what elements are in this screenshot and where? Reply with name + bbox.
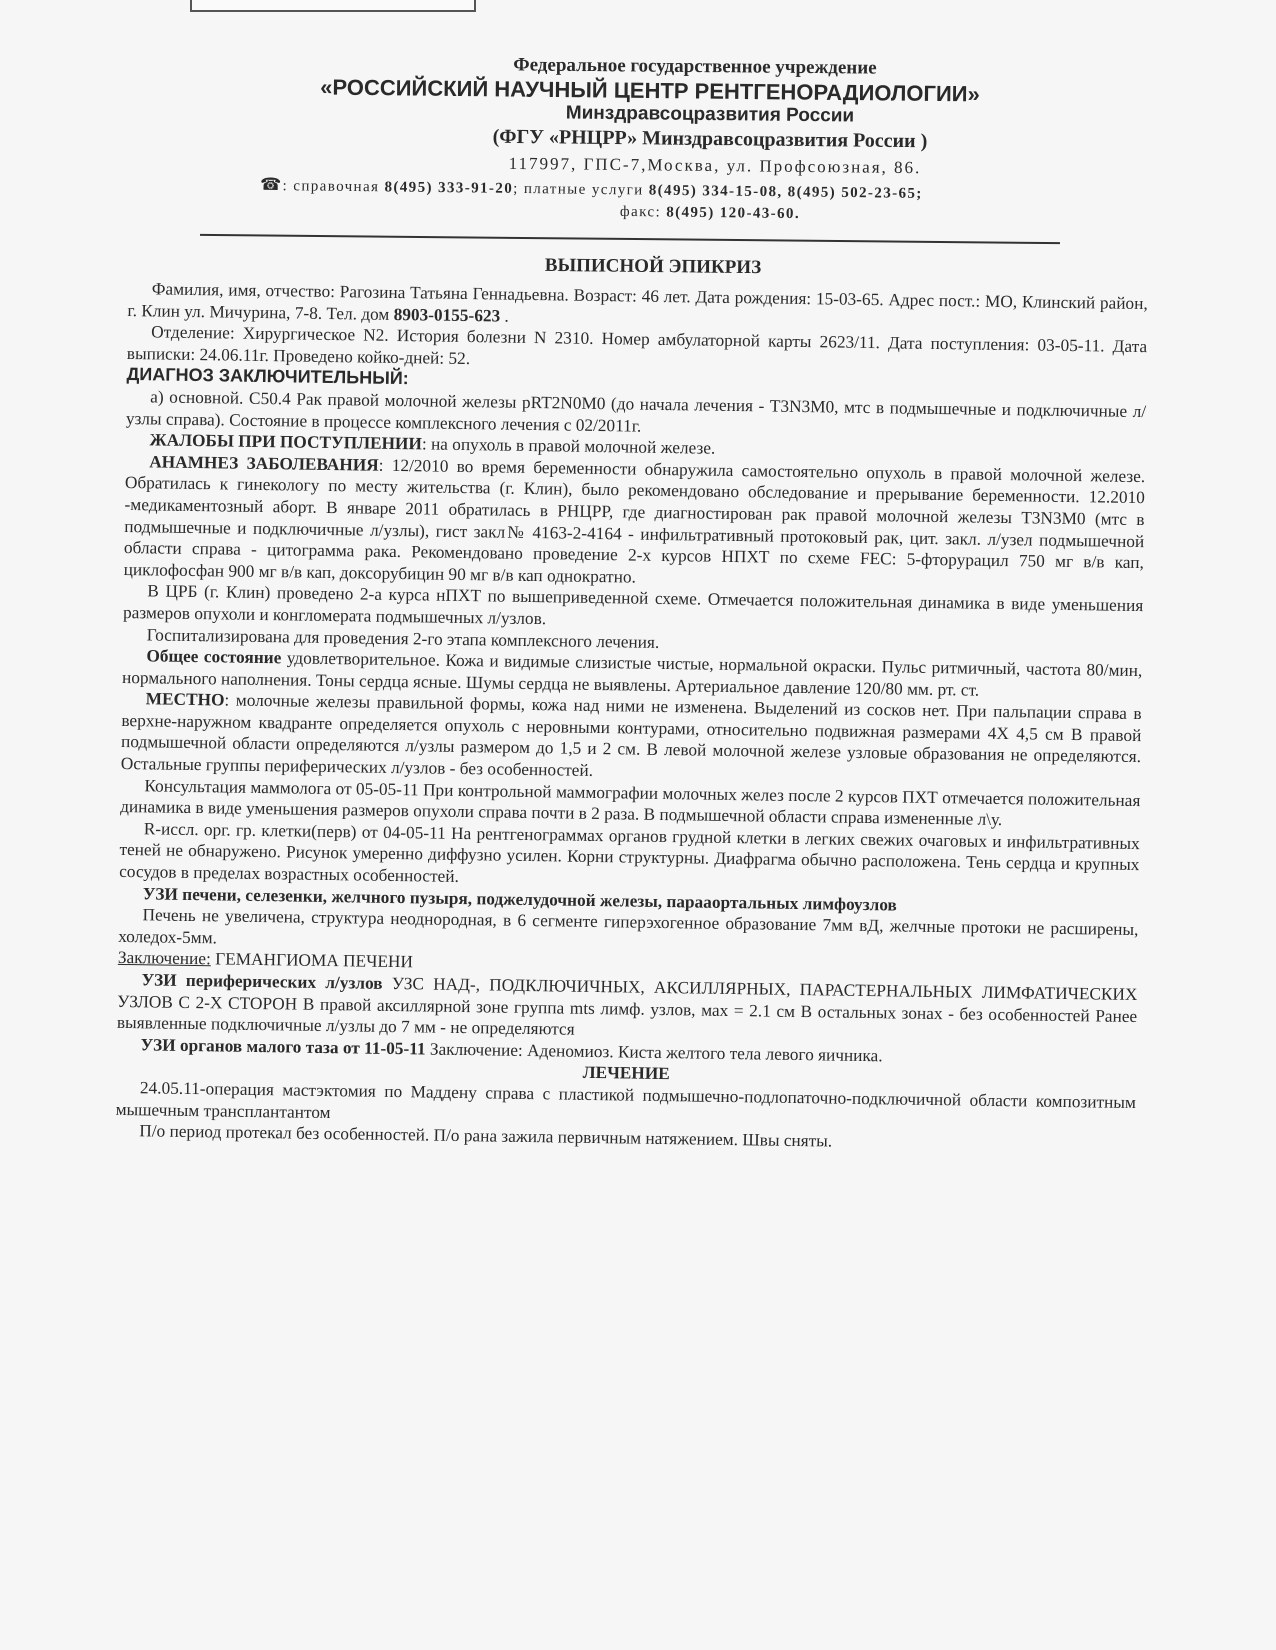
uzi-nodes-label: УЗИ периферических л/узлов: [141, 970, 382, 993]
uzi-pelvis-label: УЗИ органов малого таза от 11-05-11: [140, 1035, 425, 1058]
header-divider: [200, 234, 1060, 244]
patient-phone: 8903-0155-623: [394, 305, 501, 326]
punct: .: [500, 306, 509, 325]
stamp-box: России: [190, 0, 476, 12]
stamp-text: России: [192, 0, 474, 2]
conclusion-text: ГЕМАНГИОМА ПЕЧЕНИ: [211, 950, 413, 972]
fax-label: факс:: [620, 204, 666, 221]
anamnesis-text: : 12/2010 во время беременности обнаружи…: [124, 455, 1146, 586]
local-status: МЕСТНО: молочные железы правильной формы…: [121, 688, 1142, 789]
phone-paid: 8(495) 334-15-08, 8(495) 502-23-65;: [649, 183, 923, 202]
anamnesis: АНАМНЕЗ ЗАБОЛЕВАНИЯ: 12/2010 во время бе…: [124, 451, 1146, 596]
conclusion-label: Заключение:: [118, 948, 211, 968]
phone-ref-label: : справочная: [282, 178, 384, 195]
phone-ref: 8(495) 333-91-20: [384, 179, 513, 197]
general-label: Общее состояние: [146, 646, 281, 667]
document-body: Фамилия, имя, отчество: Рагозина Татьяна…: [115, 278, 1148, 1157]
local-label: МЕСТНО: [146, 690, 225, 710]
anamnesis-label: АНАМНЕЗ ЗАБОЛЕВАНИЯ: [149, 452, 379, 474]
local-text: : молочные железы правильной формы, кожа…: [121, 691, 1142, 780]
phone-paid-label: ; платные услуги: [513, 181, 649, 199]
complaints-text: : на опухоль в правой молочной железе.: [422, 435, 716, 458]
complaints-label: ЖАЛОБЫ ПРИ ПОСТУПЛЕНИИ: [149, 430, 422, 453]
patient-line: Фамилия, имя, отчество: Рагозина Татьяна…: [127, 279, 1147, 323]
telephone-icon: ☎: [260, 175, 283, 194]
fax-number: 8(495) 120-43-60.: [666, 204, 800, 222]
